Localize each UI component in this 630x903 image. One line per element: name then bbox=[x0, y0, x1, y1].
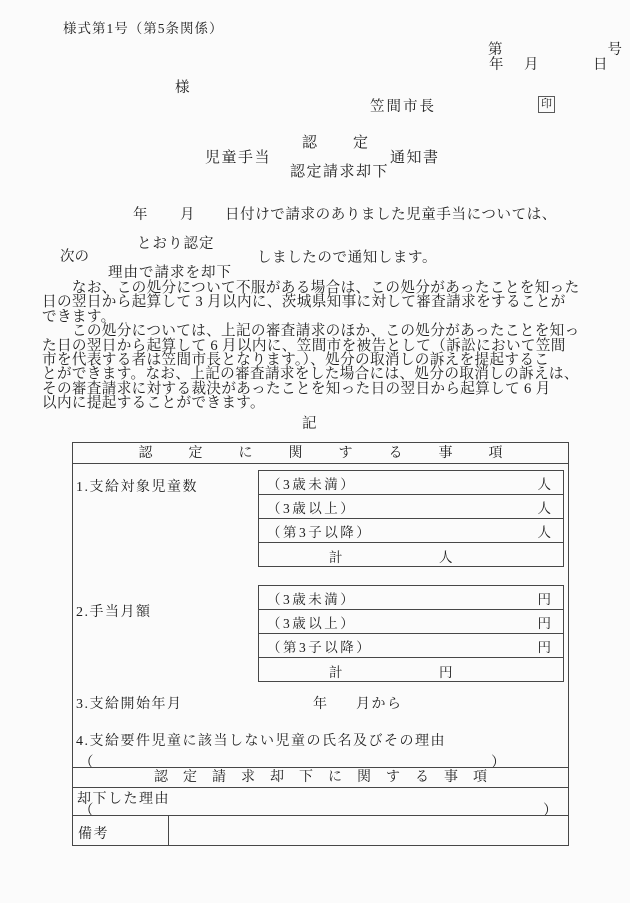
amount-row-over3-label: （3歳以上） bbox=[267, 612, 356, 632]
decision-option-rejected: 理由で請求を却下 bbox=[108, 261, 232, 282]
seal-box: 印 bbox=[538, 96, 555, 113]
request-date-month-label: 月 bbox=[180, 203, 195, 224]
amount-row-thirdchild-unit: 円 bbox=[538, 636, 552, 656]
seal-mark: 印 bbox=[541, 98, 552, 110]
ki-marker: 記 bbox=[302, 412, 317, 433]
table-header-rejection-matters: 認定請求却下に関する事項 bbox=[73, 767, 568, 788]
count-row-under3: （3歳未満） 人 bbox=[259, 471, 563, 495]
item4-label: 4.支給要件児童に該当しない児童の氏名及びその理由 bbox=[76, 730, 446, 750]
request-date-year-label: 年 bbox=[133, 203, 148, 224]
notification-form-page: 様式第1号（第5条関係） 第 号 年 月 日 様 笠間市長 印 児童手当 認定 … bbox=[0, 0, 630, 903]
item1-count-box: （3歳未満） 人 （3歳以上） 人 （第3子以降） 人 計 人 bbox=[258, 470, 564, 567]
item3-year-label: 年 bbox=[313, 693, 329, 713]
form-number: 様式第1号（第5条関係） bbox=[63, 17, 224, 37]
request-sentence: 日付けで請求のありました児童手当については、 bbox=[225, 203, 557, 224]
decision-tail: しましたので通知します。 bbox=[257, 246, 437, 267]
document-title-right: 通知書 bbox=[390, 146, 440, 167]
issuer-name: 笠間市長 bbox=[370, 95, 436, 116]
decision-lead: 次の bbox=[60, 245, 89, 266]
remarks-cell-divider bbox=[168, 816, 169, 845]
amount-total-label: 計 bbox=[329, 661, 343, 681]
table-header-approval-matters: 認定に関する事項 bbox=[73, 443, 568, 464]
addressee-suffix: 様 bbox=[175, 76, 190, 97]
date-year-label: 年 bbox=[489, 53, 504, 74]
amount-row-thirdchild: （第3子以降） 円 bbox=[259, 634, 563, 658]
decision-option-approved: とおり認定 bbox=[137, 232, 215, 253]
document-title-option-rejection: 認定請求却下 bbox=[290, 160, 389, 181]
amount-row-under3-unit: 円 bbox=[538, 588, 552, 608]
count-row-over3: （3歳以上） 人 bbox=[259, 495, 563, 519]
item1-label: 1.支給対象児童数 bbox=[76, 476, 198, 496]
date-day-label: 日 bbox=[593, 53, 608, 74]
date-month-label: 月 bbox=[524, 53, 539, 74]
document-title-option-approval: 認定 bbox=[302, 131, 404, 152]
count-row-over3-label: （3歳以上） bbox=[267, 497, 356, 517]
document-title-left: 児童手当 bbox=[205, 146, 271, 167]
remarks-label: 備考 bbox=[78, 823, 109, 843]
count-row-thirdchild-unit: 人 bbox=[538, 521, 552, 541]
amount-row-under3-label: （3歳未満） bbox=[267, 588, 356, 608]
rejection-paren-open: （ bbox=[79, 799, 94, 820]
amount-row-thirdchild-label: （第3子以降） bbox=[267, 636, 372, 656]
item3-from-label: 月から bbox=[356, 693, 403, 713]
details-table: 認定に関する事項 1.支給対象児童数 （3歳未満） 人 （3歳以上） 人 （第3… bbox=[72, 442, 569, 846]
count-row-over3-unit: 人 bbox=[538, 497, 552, 517]
count-total-label: 計 bbox=[329, 546, 343, 566]
count-row-under3-label: （3歳未満） bbox=[267, 473, 356, 493]
amount-row-under3: （3歳未満） 円 bbox=[259, 586, 563, 610]
count-total-unit: 人 bbox=[439, 546, 453, 566]
remarks-top-border bbox=[73, 815, 568, 816]
item2-amount-box: （3歳未満） 円 （3歳以上） 円 （第3子以降） 円 計 円 bbox=[258, 585, 564, 682]
item3-label: 3.支給開始年月 bbox=[76, 693, 183, 713]
count-row-thirdchild: （第3子以降） 人 bbox=[259, 519, 563, 543]
count-row-thirdchild-label: （第3子以降） bbox=[267, 521, 372, 541]
item2-label: 2.手当月額 bbox=[76, 601, 152, 621]
count-total-row: 計 人 bbox=[259, 543, 563, 566]
amount-row-over3: （3歳以上） 円 bbox=[259, 610, 563, 634]
amount-row-over3-unit: 円 bbox=[538, 612, 552, 632]
amount-total-row: 計 円 bbox=[259, 658, 563, 681]
date-line: 年 月 日 bbox=[489, 53, 619, 69]
amount-total-unit: 円 bbox=[439, 661, 453, 681]
rejection-paren-close: ） bbox=[543, 799, 558, 820]
appeal-instructions: なお、この処分について不服がある場合は、この処分があったことを知った 日の翌日か… bbox=[42, 281, 580, 411]
count-row-under3-unit: 人 bbox=[538, 473, 552, 493]
